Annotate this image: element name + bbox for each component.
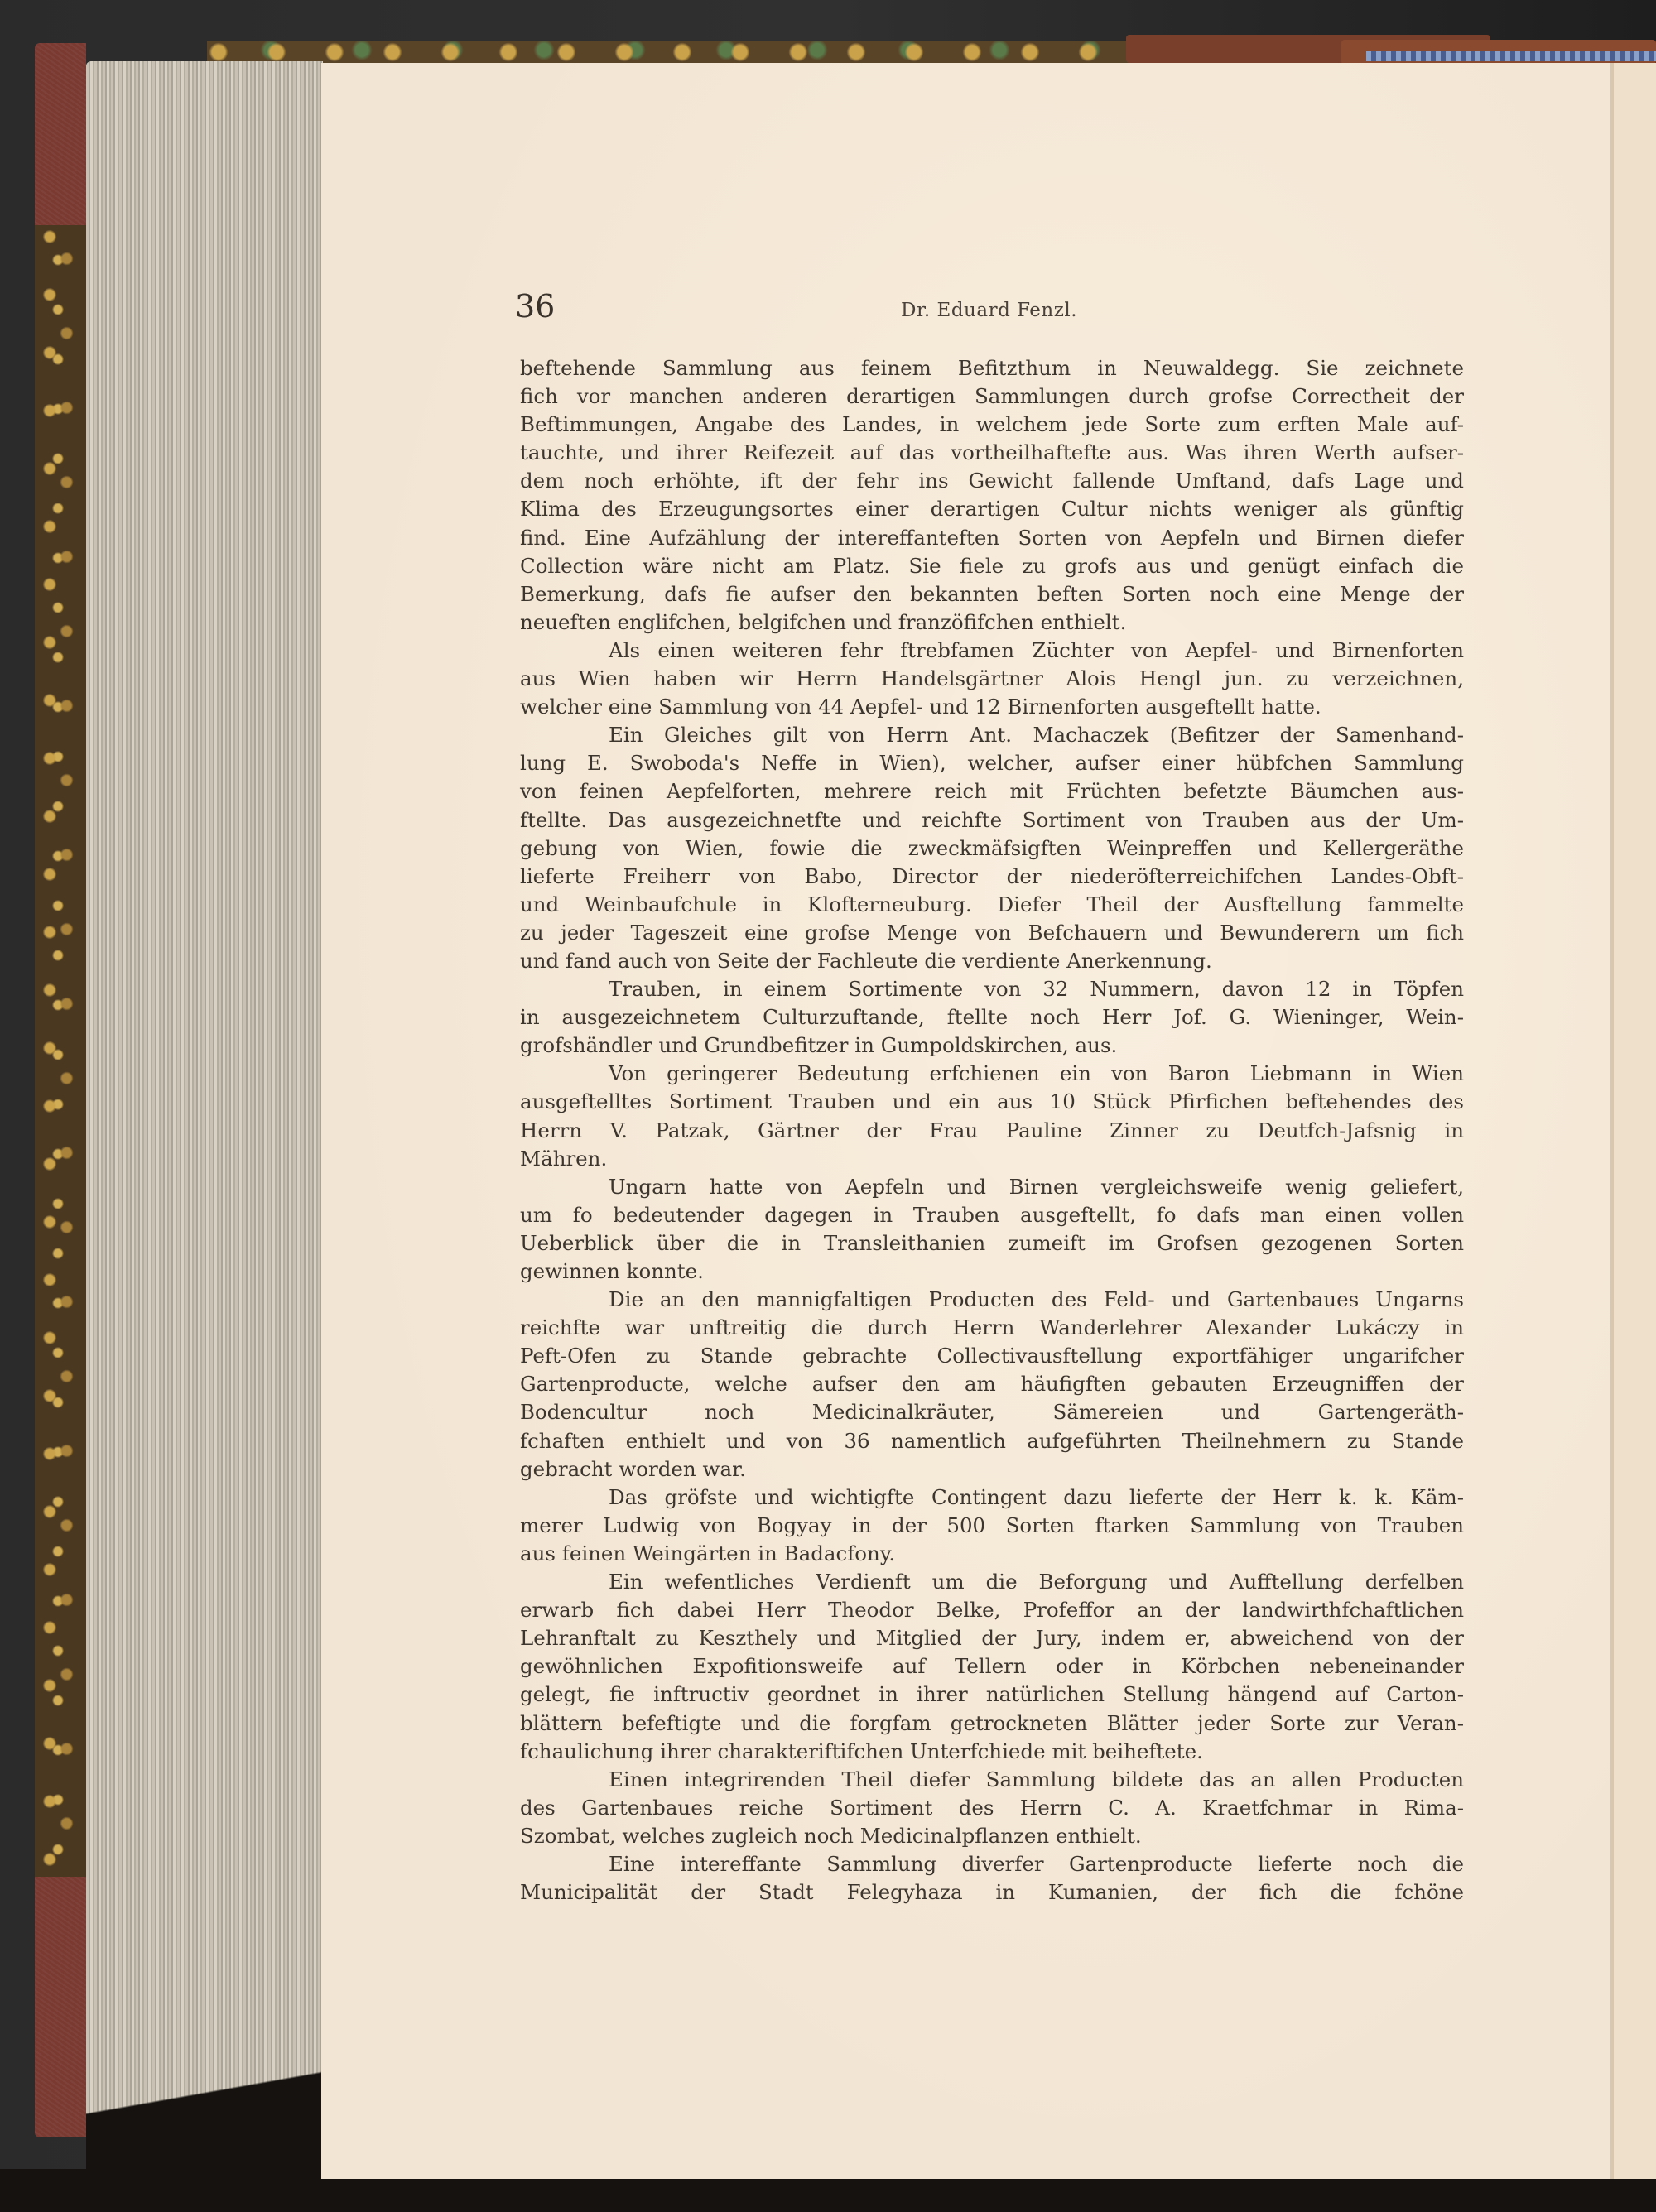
text-line: fich vor manchen anderen derartigen Samm…	[520, 382, 1464, 411]
text-line: beftehende Sammlung aus feinem Befitzthu…	[520, 354, 1464, 382]
text-line: von feinen Aepfelforten, mehrere reich m…	[520, 777, 1464, 805]
text-line: Lehranftalt zu Keszthely und Mitglied de…	[520, 1624, 1464, 1652]
text-line: lieferte Freiherr von Babo, Director der…	[520, 863, 1464, 891]
text-line: Bemerkung, dafs fie aufser den bekannten…	[520, 580, 1464, 608]
text-line: merer Ludwig von Bogyay in der 500 Sorte…	[520, 1512, 1464, 1540]
text-line: Das gröfste und wichtigfte Contingent da…	[520, 1483, 1464, 1512]
text-line: Eine intereffante Sammlung diverfer Gart…	[520, 1850, 1464, 1878]
marbled-cover-left	[35, 225, 86, 1877]
text-line: tauchte, und ihrer Reifezeit auf das vor…	[520, 439, 1464, 467]
text-line: grofshändler und Grundbefitzer in Gumpol…	[520, 1031, 1464, 1060]
text-line: Klima des Erzeugungsortes einer derartig…	[520, 495, 1464, 523]
text-line: Herrn V. Patzak, Gärtner der Frau Paulin…	[520, 1117, 1464, 1145]
text-line: Ein wefentliches Verdienft um die Beforg…	[520, 1568, 1464, 1596]
text-line: fchaulichung ihrer charakteriftifchen Un…	[520, 1738, 1464, 1766]
text-line: ftellte. Das ausgezeichnetfte und reichf…	[520, 806, 1464, 834]
text-line: Peft-Ofen zu Stande gebrachte Collectiva…	[520, 1342, 1464, 1370]
text-line: in ausgezeichnetem Culturzuftande, ftell…	[520, 1003, 1464, 1031]
text-line: Collection wäre nicht am Platz. Sie fiel…	[520, 552, 1464, 580]
text-line: gebracht worden war.	[520, 1455, 1464, 1483]
text-line: aus feinen Weingärten in Badacfony.	[520, 1540, 1464, 1568]
text-line: und fand auch von Seite der Fachleute di…	[520, 947, 1464, 975]
text-line: Von geringerer Bedeutung erfchienen ein …	[520, 1060, 1464, 1088]
page-block-torn-corner	[86, 2036, 323, 2186]
text-line: Die an den mannigfaltigen Producten des …	[520, 1286, 1464, 1314]
page-edges-block	[86, 61, 323, 2179]
text-line: Ein Gleiches gilt von Herrn Ant. Machacz…	[520, 721, 1464, 749]
text-line: Ungarn hatte von Aepfeln und Birnen verg…	[520, 1173, 1464, 1201]
text-line: Gartenproducte, welche aufser den am häu…	[520, 1370, 1464, 1398]
text-line: Ueberblick über die in Transleithanien z…	[520, 1229, 1464, 1257]
text-line: Als einen weiteren fehr ftrebfamen Zücht…	[520, 637, 1464, 665]
text-line: Szombat, welches zugleich noch Medicinal…	[520, 1822, 1464, 1850]
headband	[1366, 51, 1656, 61]
text-line: gebung von Wien, fowie die zweckmäfsigft…	[520, 834, 1464, 863]
text-line: Municipalität der Stadt Felegyhaza in Ku…	[520, 1878, 1464, 1907]
text-line: ausgeftelltes Sortiment Trauben und ein …	[520, 1088, 1464, 1116]
text-line: Beftimmungen, Angabe des Landes, in welc…	[520, 411, 1464, 439]
text-line: neueften englifchen, belgifchen und fran…	[520, 608, 1464, 637]
text-line: erwarb fich dabei Herr Theodor Belke, Pr…	[520, 1596, 1464, 1624]
text-line: um fo bedeutender dagegen in Trauben aus…	[520, 1201, 1464, 1229]
body-text: beftehende Sammlung aus feinem Befitzthu…	[520, 354, 1464, 1907]
text-line: blättern befeftigte und die forgfam getr…	[520, 1709, 1464, 1738]
text-line: dem noch erhöhte, ift der fehr ins Gewic…	[520, 467, 1464, 495]
running-head: Dr. Eduard Fenzl.	[901, 300, 1077, 321]
text-line: aus Wien haben wir Herrn Handelsgärtner …	[520, 665, 1464, 693]
text-line: Einen integrirenden Theil diefer Sammlun…	[520, 1766, 1464, 1794]
text-line: zu jeder Tageszeit eine grofse Menge von…	[520, 919, 1464, 947]
text-line: reichfte war unftreitig die durch Herrn …	[520, 1314, 1464, 1342]
text-line: des Gartenbaues reiche Sortiment des Her…	[520, 1794, 1464, 1822]
text-line: Trauben, in einem Sortimente von 32 Numm…	[520, 975, 1464, 1003]
text-line: gelegt, fie inftructiv geordnet in ihrer…	[520, 1681, 1464, 1709]
text-line: welcher eine Sammlung von 44 Aepfel- und…	[520, 693, 1464, 721]
text-line: Mähren.	[520, 1145, 1464, 1173]
text-line: Bodencultur noch Medicinalkräuter, Sämer…	[520, 1398, 1464, 1426]
page-number: 36	[515, 288, 555, 325]
text-line: gewinnen konnte.	[520, 1257, 1464, 1286]
facing-page-edge	[1614, 63, 1656, 2179]
text-line: find. Eine Aufzählung der intereffanteft…	[520, 524, 1464, 552]
text-line: lung E. Swoboda's Neffe in Wien), welche…	[520, 749, 1464, 777]
text-line: und Weinbaufchule in Klofterneuburg. Die…	[520, 891, 1464, 919]
text-line: fchaften enthielt und von 36 namentlich …	[520, 1427, 1464, 1455]
text-line: gewöhnlichen Expofitionsweife auf Teller…	[520, 1652, 1464, 1681]
